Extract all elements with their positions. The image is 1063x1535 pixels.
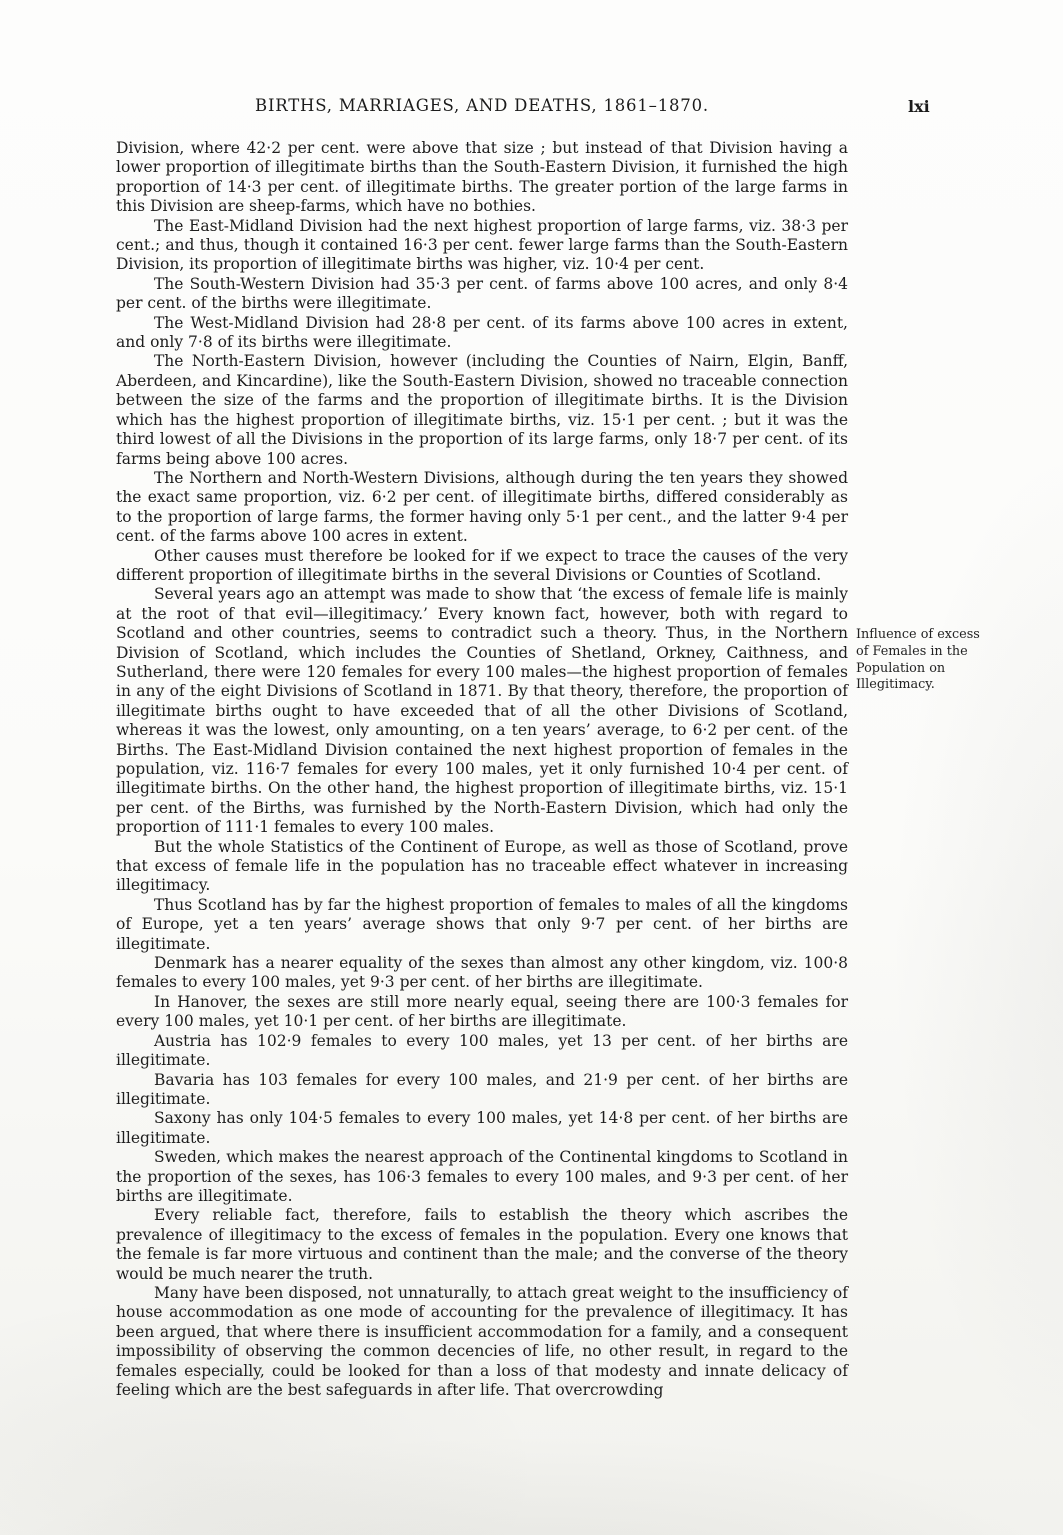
paragraph-9: But the whole Statistics of the Continen…	[116, 838, 848, 896]
paragraph-14: Bavaria has 103 females for every 100 ma…	[116, 1071, 848, 1110]
paragraph-5: The North-Eastern Division, however (inc…	[116, 352, 848, 468]
paragraph-16: Sweden, which makes the nearest approach…	[116, 1148, 848, 1206]
paragraph-18: Many have been disposed, not unnaturally…	[116, 1284, 848, 1400]
margin-note: Influence of excess of Females in the Po…	[856, 627, 990, 694]
running-header-title: BIRTHS, MARRIAGES, AND DEATHS, 1861–1870…	[116, 96, 848, 115]
paragraph-7: Other causes must therefore be looked fo…	[116, 547, 848, 586]
paragraph-3: The South-Western Division had 35·3 per …	[116, 275, 848, 314]
paragraph-6: The Northern and North-Western Divisions…	[116, 469, 848, 547]
paragraph-13: Austria has 102·9 females to every 100 m…	[116, 1032, 848, 1071]
paragraph-1: Division, where 42·2 per cent. were abov…	[116, 139, 848, 217]
page-number: lxi	[908, 97, 930, 116]
paragraph-12: In Hanover, the sexes are still more nea…	[116, 993, 848, 1032]
paragraph-2: The East-Midland Division had the next h…	[116, 217, 848, 275]
paragraph-10: Thus Scotland has by far the highest pro…	[116, 896, 848, 954]
body-text-column: Division, where 42·2 per cent. were abov…	[116, 139, 848, 1400]
document-page: BIRTHS, MARRIAGES, AND DEATHS, 1861–1870…	[0, 0, 1063, 1535]
paragraph-15: Saxony has only 104·5 females to every 1…	[116, 1109, 848, 1148]
paragraph-4: The West-Midland Division had 28·8 per c…	[116, 314, 848, 353]
paragraph-11: Denmark has a nearer equality of the sex…	[116, 954, 848, 993]
paragraph-8: Several years ago an attempt was made to…	[116, 585, 848, 837]
paragraph-17: Every reliable fact, therefore, fails to…	[116, 1206, 848, 1284]
